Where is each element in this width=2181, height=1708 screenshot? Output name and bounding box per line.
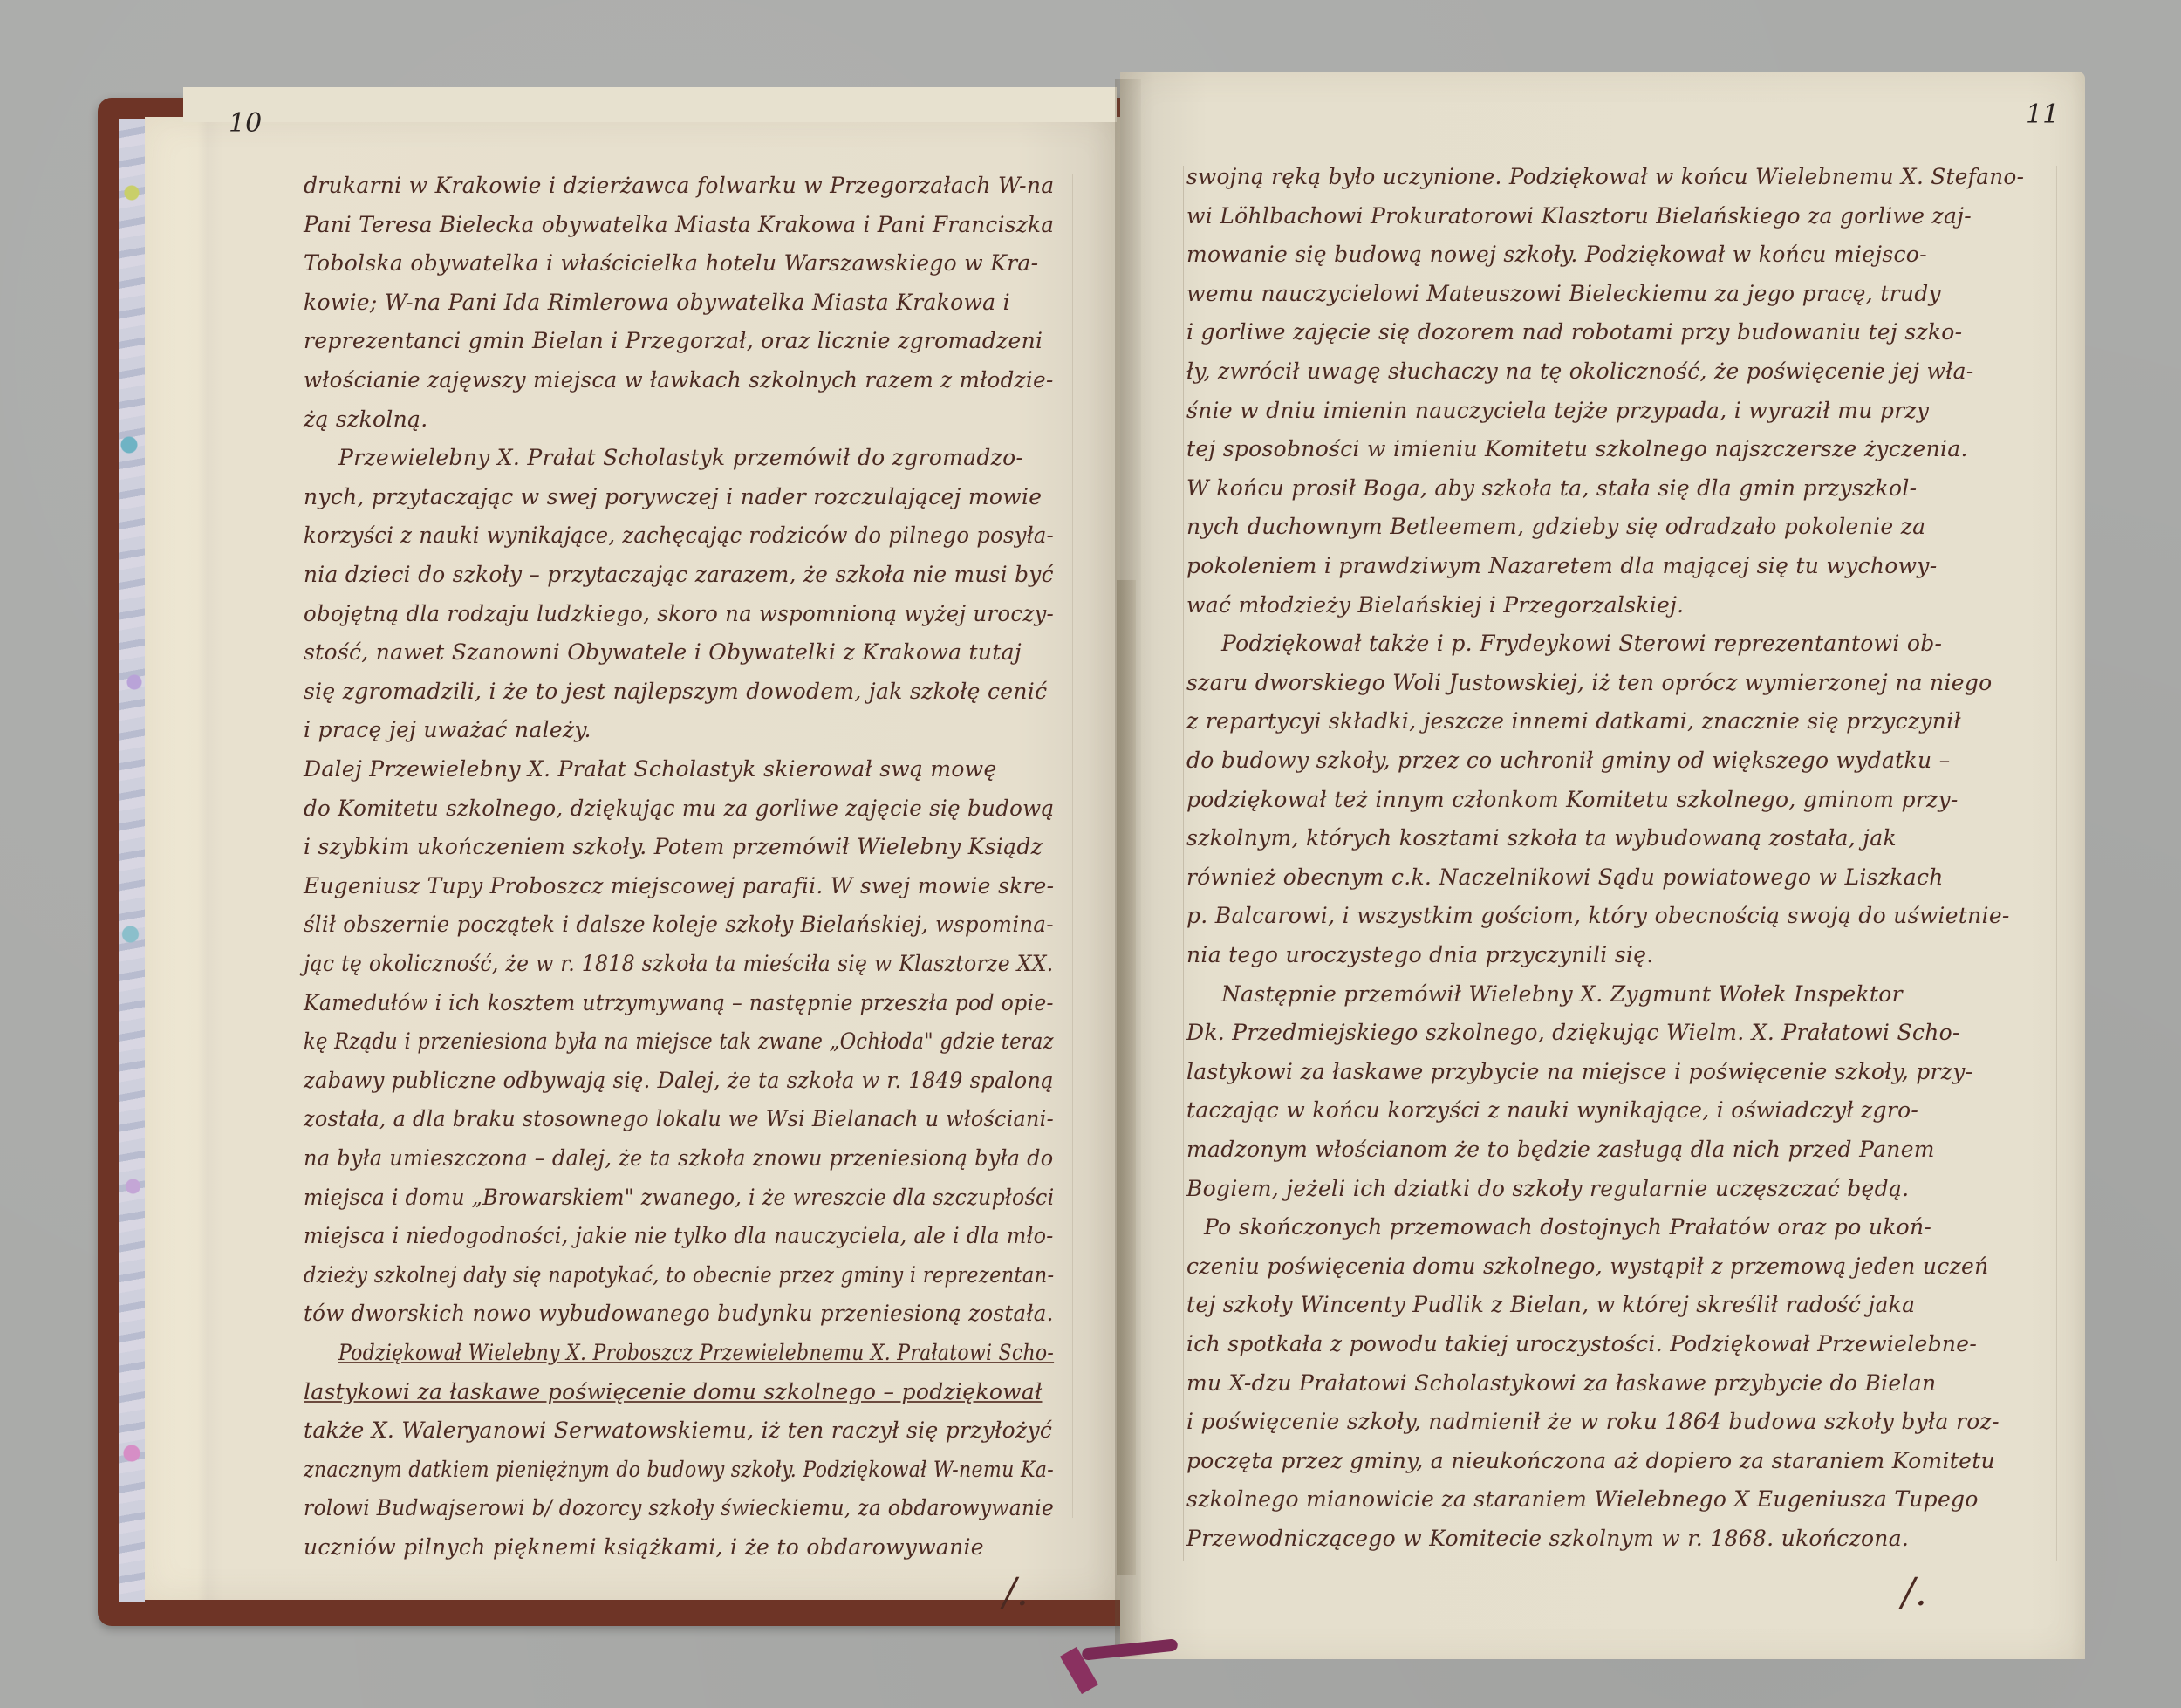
handwritten-line: Podziękował Wielebny X. Proboszcz Przewi… bbox=[338, 1340, 967, 1365]
handwritten-line: czeniu poświęcenia domu szkolnego, wystą… bbox=[1186, 1254, 2024, 1279]
handwritten-line: na była umieszczona – dalej, że ta szkoł… bbox=[304, 1145, 1023, 1171]
handwritten-line: reprezentanci gmin Bielan i Przegorzał, … bbox=[304, 328, 1054, 353]
handwritten-line: p. Balcarowi, i wszystkim gościom, który… bbox=[1186, 903, 2024, 928]
handwritten-line: śnie w dniu imienin nauczyciela tejże pr… bbox=[1186, 398, 2024, 423]
handwritten-line: Bogiem, jeżeli ich dziatki do szkoły reg… bbox=[1186, 1176, 2024, 1201]
handwritten-line: stość, nawet Szanowni Obywatele i Obywat… bbox=[304, 639, 1054, 665]
handwritten-line: tów dworskich nowo wybudowanego budynku … bbox=[304, 1301, 1040, 1326]
handwritten-line: została, a dla braku stosownego lokalu w… bbox=[304, 1106, 1019, 1131]
handwritten-line: wemu nauczycielowi Mateuszowi Bieleckiem… bbox=[1186, 281, 2024, 306]
handwritten-line: z repartycyi składki, jeszcze innemi dat… bbox=[1186, 708, 2024, 734]
page-number-left: 10 bbox=[229, 108, 262, 139]
handwritten-line: tej sposobności w imieniu Komitetu szkol… bbox=[1186, 436, 2024, 461]
handwritten-line: włościanie zajęwszy miejsca w ławkach sz… bbox=[304, 367, 1042, 393]
handwritten-line: pokoleniem i prawdziwym Nazaretem dla ma… bbox=[1186, 553, 2024, 578]
handwritten-line: do budowy szkoły, przez co uchronił gmin… bbox=[1186, 748, 2024, 773]
handwritten-line: tej szkoły Wincenty Pudlik z Bielan, w k… bbox=[1186, 1292, 2024, 1317]
handwritten-line: Po skończonych przemowach dostojnych Pra… bbox=[1204, 1214, 2024, 1240]
end-mark-left: /. bbox=[1003, 1570, 1029, 1615]
handwritten-line: swojną ręką było uczynione. Podziękował … bbox=[1186, 164, 2015, 189]
handwritten-line: Przewodniczącego w Komitecie szkolnym w … bbox=[1186, 1526, 2024, 1551]
handwritten-line: Podziękował także i p. Frydeykowi Sterow… bbox=[1221, 631, 2024, 656]
marbled-endpaper bbox=[119, 119, 145, 1602]
handwritten-line: taczając w końcu korzyści z nauki wynika… bbox=[1186, 1097, 2024, 1123]
end-mark-right: /. bbox=[1902, 1570, 1927, 1615]
left-page-top-edge bbox=[183, 87, 1117, 122]
handwritten-line: ły, zwrócił uwagę słuchaczy na tę okolic… bbox=[1186, 359, 2024, 384]
handwritten-line: Dk. Przedmiejskiego szkolnego, dziękując… bbox=[1186, 1020, 2024, 1045]
handwritten-line: i gorliwe zajęcie się dozorem nad robota… bbox=[1186, 319, 2024, 345]
handwritten-line: rolowi Budwajserowi b/ dozorcy szkoły św… bbox=[304, 1495, 1005, 1520]
ribbon-bookmark bbox=[1047, 1640, 1178, 1692]
handwritten-line: miejsca i domu „Browarskiem" zwanego, i … bbox=[304, 1185, 1015, 1210]
handwritten-line: znacznym datkiem pieniężnym do budowy sz… bbox=[304, 1457, 967, 1482]
handwritten-line: wi Löhlbachowi Prokuratorowi Klasztoru B… bbox=[1186, 203, 2024, 229]
handwritten-line: szaru dworskiego Woli Justowskiej, iż te… bbox=[1186, 670, 2024, 695]
handwritten-line: i poświęcenie szkoły, nadmienił że w rok… bbox=[1186, 1409, 2024, 1434]
handwritten-line: ślił obszernie początek i dalsze koleje … bbox=[304, 912, 1036, 937]
handwritten-line: Tobolska obywatelka i właścicielka hotel… bbox=[304, 250, 1054, 276]
handwritten-line: uczniów pilnych pięknemi książkami, i że… bbox=[304, 1534, 1054, 1560]
handwritten-line: jąc tę okoliczność, że w r. 1818 szkoła … bbox=[304, 951, 1010, 976]
handwritten-line: do Komitetu szkolnego, dziękując mu za g… bbox=[304, 796, 1039, 821]
handwritten-line: dzieży szkolnej dały się napotykać, to o… bbox=[304, 1262, 981, 1288]
handwritten-line: drukarni w Krakowie i dzierżawca folwark… bbox=[304, 173, 1053, 198]
handwritten-line: lastykowi za łaskawe przybycie na miejsc… bbox=[1186, 1059, 2024, 1084]
handwritten-line: również obecnym c.k. Naczelnikowi Sądu p… bbox=[1186, 864, 2024, 890]
handwritten-line: żą szkolną. bbox=[304, 407, 1054, 432]
handwritten-line: poczęta przez gminy, a nieukończona aż d… bbox=[1186, 1448, 2024, 1473]
handwritten-line: mu X-dzu Prałatowi Scholastykowi za łask… bbox=[1186, 1370, 2024, 1396]
handwritten-line: podziękował też innym członkom Komitetu … bbox=[1186, 787, 2024, 812]
handwritten-line: kowie; W-na Pani Ida Rimlerowa obywatelk… bbox=[304, 290, 1054, 315]
handwritten-line: i pracę jej uważać należy. bbox=[304, 717, 1054, 742]
handwritten-line: kę Rządu i przeniesiona była na miejsce … bbox=[304, 1028, 983, 1054]
handwritten-line: madzonym włościanom że to będzie zasługą… bbox=[1186, 1137, 2024, 1162]
handwritten-line: nych duchownym Betleemem, gdzieby się od… bbox=[1186, 514, 2024, 539]
handwritten-line: obojętną dla rodzaju ludzkiego, skoro na… bbox=[304, 601, 1036, 626]
handwritten-line: W końcu prosił Boga, aby szkoła ta, stał… bbox=[1186, 475, 2024, 501]
handwritten-line: się zgromadzili, i że to jest najlepszym… bbox=[304, 679, 1054, 704]
handwritten-line: nych, przytaczając w swej porywczej i na… bbox=[304, 484, 1054, 509]
page-number-right: 11 bbox=[2026, 99, 2059, 130]
handwritten-line: mowanie się budową nowej szkoły. Podzięk… bbox=[1186, 242, 2024, 267]
handwritten-line: szkolnego mianowicie za staraniem Wieleb… bbox=[1186, 1486, 2024, 1512]
gutter-stain bbox=[1117, 580, 1136, 1575]
handwritten-line: Eugeniusz Tupy Proboszcz miejscowej para… bbox=[304, 873, 1050, 898]
handwritten-line: korzyści z nauki wynikające, zachęcając … bbox=[304, 523, 1030, 548]
handwritten-line: Następnie przemówił Wielebny X. Zygmunt … bbox=[1221, 981, 2024, 1007]
handwritten-line: szkolnym, których kosztami szkoła ta wyb… bbox=[1186, 825, 2024, 851]
handwritten-line: Pani Teresa Bielecka obywatelka Miasta K… bbox=[304, 212, 1043, 237]
handwritten-line: Dalej Przewielebny X. Prałat Scholastyk … bbox=[304, 756, 1054, 782]
handwritten-line: miejsca i niedogodności, jakie nie tylko… bbox=[304, 1223, 1020, 1248]
handwritten-line: wać młodzieży Bielańskiej i Przegorzalsk… bbox=[1186, 592, 2024, 618]
handwritten-line: nia dzieci do szkoły – przytaczając zara… bbox=[304, 562, 1048, 587]
handwritten-line: ich spotkała z powodu takiej uroczystośc… bbox=[1186, 1331, 2024, 1356]
handwritten-line: Przewielebny X. Prałat Scholastyk przemó… bbox=[338, 445, 1054, 470]
handwritten-line: nia tego uroczystego dnia przyczynili si… bbox=[1186, 942, 2024, 967]
handwritten-line: także X. Waleryanowi Serwatowskiemu, iż … bbox=[304, 1418, 1054, 1443]
handwritten-line: i szybkim ukończeniem szkoły. Potem prze… bbox=[304, 834, 1054, 859]
handwritten-line: lastykowi za łaskawe poświęcenie domu sz… bbox=[304, 1379, 1054, 1404]
ribbon-loop bbox=[1082, 1638, 1179, 1660]
handwritten-line: Kamedułów i ich kosztem utrzymywaną – na… bbox=[304, 990, 1011, 1015]
handwritten-line: zabawy publiczne odbywają się. Dalej, że… bbox=[304, 1068, 1025, 1093]
